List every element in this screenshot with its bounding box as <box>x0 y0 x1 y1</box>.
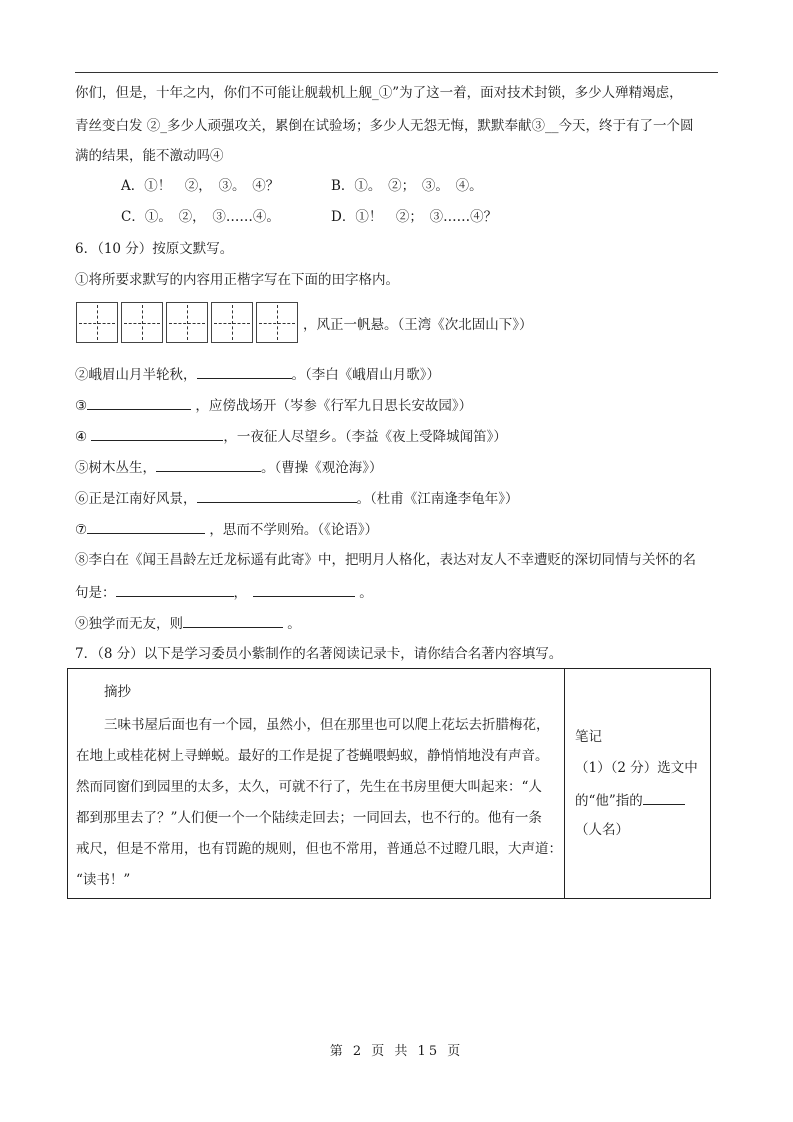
q6-item-7-suffix: ，思而不学则殆。（《论语》） <box>205 522 378 538</box>
q6-item-6-suffix: 。（杜甫《江南逢李龟年》） <box>357 491 519 507</box>
q6-item-3: ③ ，应傍战场开（岑参《行军九日思长安故园》） <box>75 395 472 415</box>
q6-item-4-blank[interactable] <box>91 426 223 441</box>
q6-item-6: ⑥正是江南好风景，。（杜甫《江南逢李龟年》） <box>75 488 519 508</box>
reading-record-card: 摘抄 三味书屋后面也有一个园，虽然小，但在那里也可以爬上花坛去折腊梅花， 在地上… <box>67 668 711 899</box>
q6-instruction: ①将所要求默写的内容用正楷字写在下面的田字格内。 <box>75 271 399 289</box>
excerpt-line-6: “读书！” <box>76 871 130 889</box>
q6-item-7-prefix: ⑦ <box>75 522 87 538</box>
q6-item-8-comma: ， <box>234 585 248 601</box>
option-c[interactable]: C．①。 ②， ③……④。 <box>121 208 280 226</box>
q6-item-5-blank[interactable] <box>156 457 261 472</box>
q6-item-4-suffix: ，一夜征人尽望乡。（李益《夜上受降城闻笛》） <box>223 429 507 445</box>
q6-item-6-blank[interactable] <box>197 488 357 503</box>
q6-item-4: ④ ，一夜征人尽望乡。（李益《夜上受降城闻笛》） <box>75 426 507 446</box>
excerpt-line-1: 三味书屋后面也有一个园，虽然小，但在那里也可以爬上花坛去折腊梅花， <box>104 716 550 734</box>
q6-item-5-suffix: 。（曹操《观沧海》） <box>261 460 383 476</box>
excerpt-line-2: 在地上或桂花树上寻蝉蜕。最好的工作是捉了苍蝇喂蚂蚁，静悄悄地没有声音。 <box>76 747 549 765</box>
question-6-heading: 6．（10 分）按原文默写。 <box>75 240 233 258</box>
passage-line-2: 青丝变白发 ②_多少人顽强攻关，累倒在试验场；多少人无怨无悔，默默奉献③__今天… <box>75 117 694 135</box>
q6-item-9: ⑨独学而无友，则 。 <box>75 613 301 633</box>
q6-item-7: ⑦ ，思而不学则殆。（《论语》） <box>75 519 378 539</box>
q6-item-5-prefix: ⑤树木丛生， <box>75 460 156 476</box>
q6-item-5: ⑤树木丛生，。（曹操《观沧海》） <box>75 457 383 477</box>
q6-item-6-prefix: ⑥正是江南好风景， <box>75 491 197 507</box>
q6-item-2-blank[interactable] <box>197 364 292 379</box>
excerpt-line-5: 戒尺，但是不常用，也有罚跪的规则，但也不常用，普通总不过瞪几眼，大声道： <box>76 840 562 858</box>
q6-item-8-line-2: 句是：， 。 <box>75 582 373 602</box>
q6-item-4-prefix: ④ <box>75 429 91 445</box>
notes-line-1: （1）（2 分）选文中 <box>575 759 698 777</box>
q6-item-2: ②峨眉山月半轮秋，。（李白《峨眉山月歌》） <box>75 364 440 384</box>
notes-name-blank[interactable] <box>643 790 685 805</box>
page-footer: 第 2 页 共 15 页 <box>0 1040 793 1059</box>
q6-item-8-suffix: 。 <box>355 585 373 601</box>
q6-item-7-blank[interactable] <box>87 519 205 534</box>
q6-item-2-prefix: ②峨眉山月半轮秋， <box>75 367 197 383</box>
q6-item-2-suffix: 。（李白《峨眉山月歌》） <box>292 367 441 383</box>
q6-item-8-blank-1[interactable] <box>116 582 234 597</box>
tianzige-box-3[interactable] <box>166 302 208 343</box>
tianzige-box-1[interactable] <box>76 302 118 343</box>
notes-line-2-text: 的“他”指的 <box>575 793 643 809</box>
option-a[interactable]: A．①！ ②， ③。 ④？ <box>121 177 279 195</box>
tianzige-box-5[interactable] <box>256 302 298 343</box>
question-7-heading: 7．（8 分）以下是学习委员小紫制作的名著阅读记录卡，请你结合名著内容填写。 <box>75 645 562 663</box>
notes-line-2: 的“他”指的 <box>575 790 685 810</box>
q6-item-9-suffix: 。 <box>283 616 301 632</box>
option-b[interactable]: B．①。 ②； ③。 ④。 <box>331 177 483 195</box>
q6-item1-tail: ，风正一帆悬。（王湾《次北固山下》） <box>303 313 533 333</box>
passage-line-1: 你们，但是，十年之内，你们不可能让舰载机上舰_①”为了这一着，面对技术封锁，多少… <box>75 84 683 102</box>
tianzige-box-4[interactable] <box>211 302 253 343</box>
excerpt-line-4: 都到那里去了？”人们便一个一个陆续走回去；一同回去，也不行的。他有一条 <box>76 809 542 827</box>
q6-item-3-blank[interactable] <box>87 395 191 410</box>
q6-item-8-prefix: 句是： <box>75 585 116 601</box>
notes-line-3: （人名） <box>575 821 629 839</box>
option-d[interactable]: D．①！ ②； ③……④？ <box>331 208 497 226</box>
q6-item-9-blank[interactable] <box>183 613 283 628</box>
excerpt-line-3: 然而同窗们到园里的太多，太久，可就不行了，先生在书房里便大叫起来：“人 <box>76 778 542 796</box>
q6-item-8-line-1: ⑧李白在《闻王昌龄左迁龙标遥有此寄》中，把明月人格化，表达对友人不幸遭贬的深切同… <box>75 551 696 569</box>
tianzige-grid: ，风正一帆悬。（王湾《次北固山下》） <box>76 302 533 343</box>
notes-label: 笔记 <box>575 728 602 746</box>
header-rule <box>75 72 718 73</box>
q6-item-3-suffix: ，应傍战场开（岑参《行军九日思长安故园》） <box>191 398 472 414</box>
excerpt-cell: 摘抄 三味书屋后面也有一个园，虽然小，但在那里也可以爬上花坛去折腊梅花， 在地上… <box>68 669 565 898</box>
q6-item-9-prefix: ⑨独学而无友，则 <box>75 616 183 632</box>
excerpt-label: 摘抄 <box>104 683 131 701</box>
q6-item-3-prefix: ③ <box>75 398 87 414</box>
notes-cell: 笔记 （1）（2 分）选文中 的“他”指的 （人名） <box>565 669 710 898</box>
q6-item-8-blank-2[interactable] <box>253 582 355 597</box>
tianzige-box-2[interactable] <box>121 302 163 343</box>
passage-line-3: 满的结果，能不激动吗④ <box>75 147 224 165</box>
